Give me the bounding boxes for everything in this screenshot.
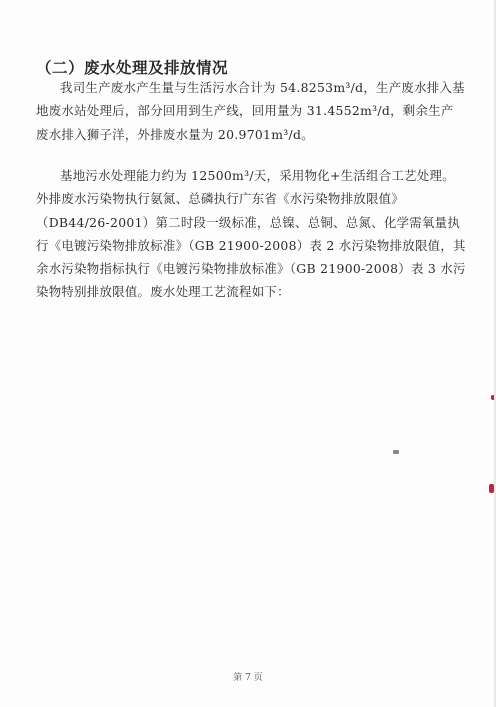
document-page: （二）废水处理及排放情况 我司生产废水产生量与生活污水合计为 54.8253m³… [0,0,496,707]
paragraph-text: 我司生产废水产生量与生活污水合计为 54.8253m³/d，生产废水排入基地废水… [36,76,466,146]
page-number: 第 7 页 [0,670,496,683]
paragraph-text: 基地污水处理能力约为 12500m³/天，采用物化+生活组合工艺处理。外排废水污… [36,164,466,304]
scan-speck [393,450,399,454]
section-heading: （二）废水处理及排放情况 [36,56,228,78]
paragraph-wastewater-volume: 我司生产废水产生量与生活污水合计为 54.8253m³/d，生产废水排入基地废水… [36,76,466,146]
paragraph-treatment-standards: 基地污水处理能力约为 12500m³/天，采用物化+生活组合工艺处理。外排废水污… [36,164,466,304]
